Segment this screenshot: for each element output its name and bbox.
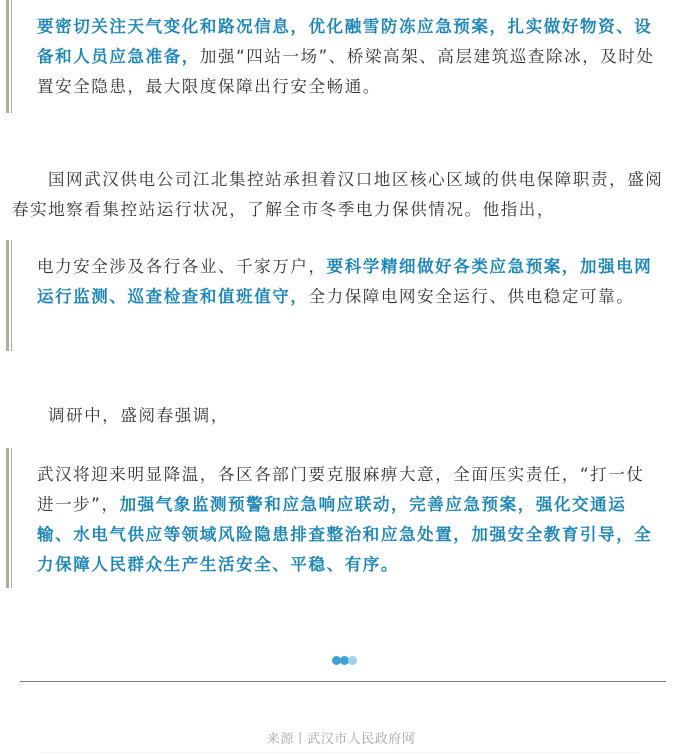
decorative-dots <box>332 656 356 665</box>
footer-divider <box>40 752 640 753</box>
body-text: 电力安全涉及各行各业、千家万户， <box>37 257 327 276</box>
dot-icon <box>348 656 357 665</box>
blockquote-2: 电力安全涉及各行各业、千家万户，要科学精细做好各类应急预案，加强电网运行监测、巡… <box>6 240 662 351</box>
blockquote-3: 武汉将迎来明显降温，各区各部门要克服麻痹大意，全面压实责任，“打一仗进一步”，加… <box>6 448 662 588</box>
section-divider <box>20 681 666 682</box>
blockquote-2-text: 电力安全涉及各行各业、千家万户，要科学精细做好各类应急预案，加强电网运行监测、巡… <box>9 240 662 312</box>
paragraph-2: 调研中，盛阅春强调， <box>12 401 676 431</box>
source-attribution: 来源丨武汉市人民政府网 <box>0 728 682 747</box>
highlighted-text: 加强气象监测预警和应急响应联动，完善应急预案，强化交通运输、水电气供应等领域风险… <box>37 495 652 574</box>
body-text: 全力保障电网安全运行、供电稳定可靠。 <box>309 287 635 306</box>
paragraph-1: 国网武汉供电公司江北集控站承担着汉口地区核心区域的供电保障职责，盛阅春实地察看集… <box>12 165 676 225</box>
blockquote-1: 要密切关注天气变化和路况信息，优化融雪防冻应急预案，扎实做好物资、设备和人员应急… <box>6 0 662 113</box>
blockquote-1-text: 要密切关注天气变化和路况信息，优化融雪防冻应急预案，扎实做好物资、设备和人员应急… <box>9 0 662 102</box>
blockquote-3-text: 武汉将迎来明显降温，各区各部门要克服麻痹大意，全面压实责任，“打一仗进一步”，加… <box>9 448 662 580</box>
